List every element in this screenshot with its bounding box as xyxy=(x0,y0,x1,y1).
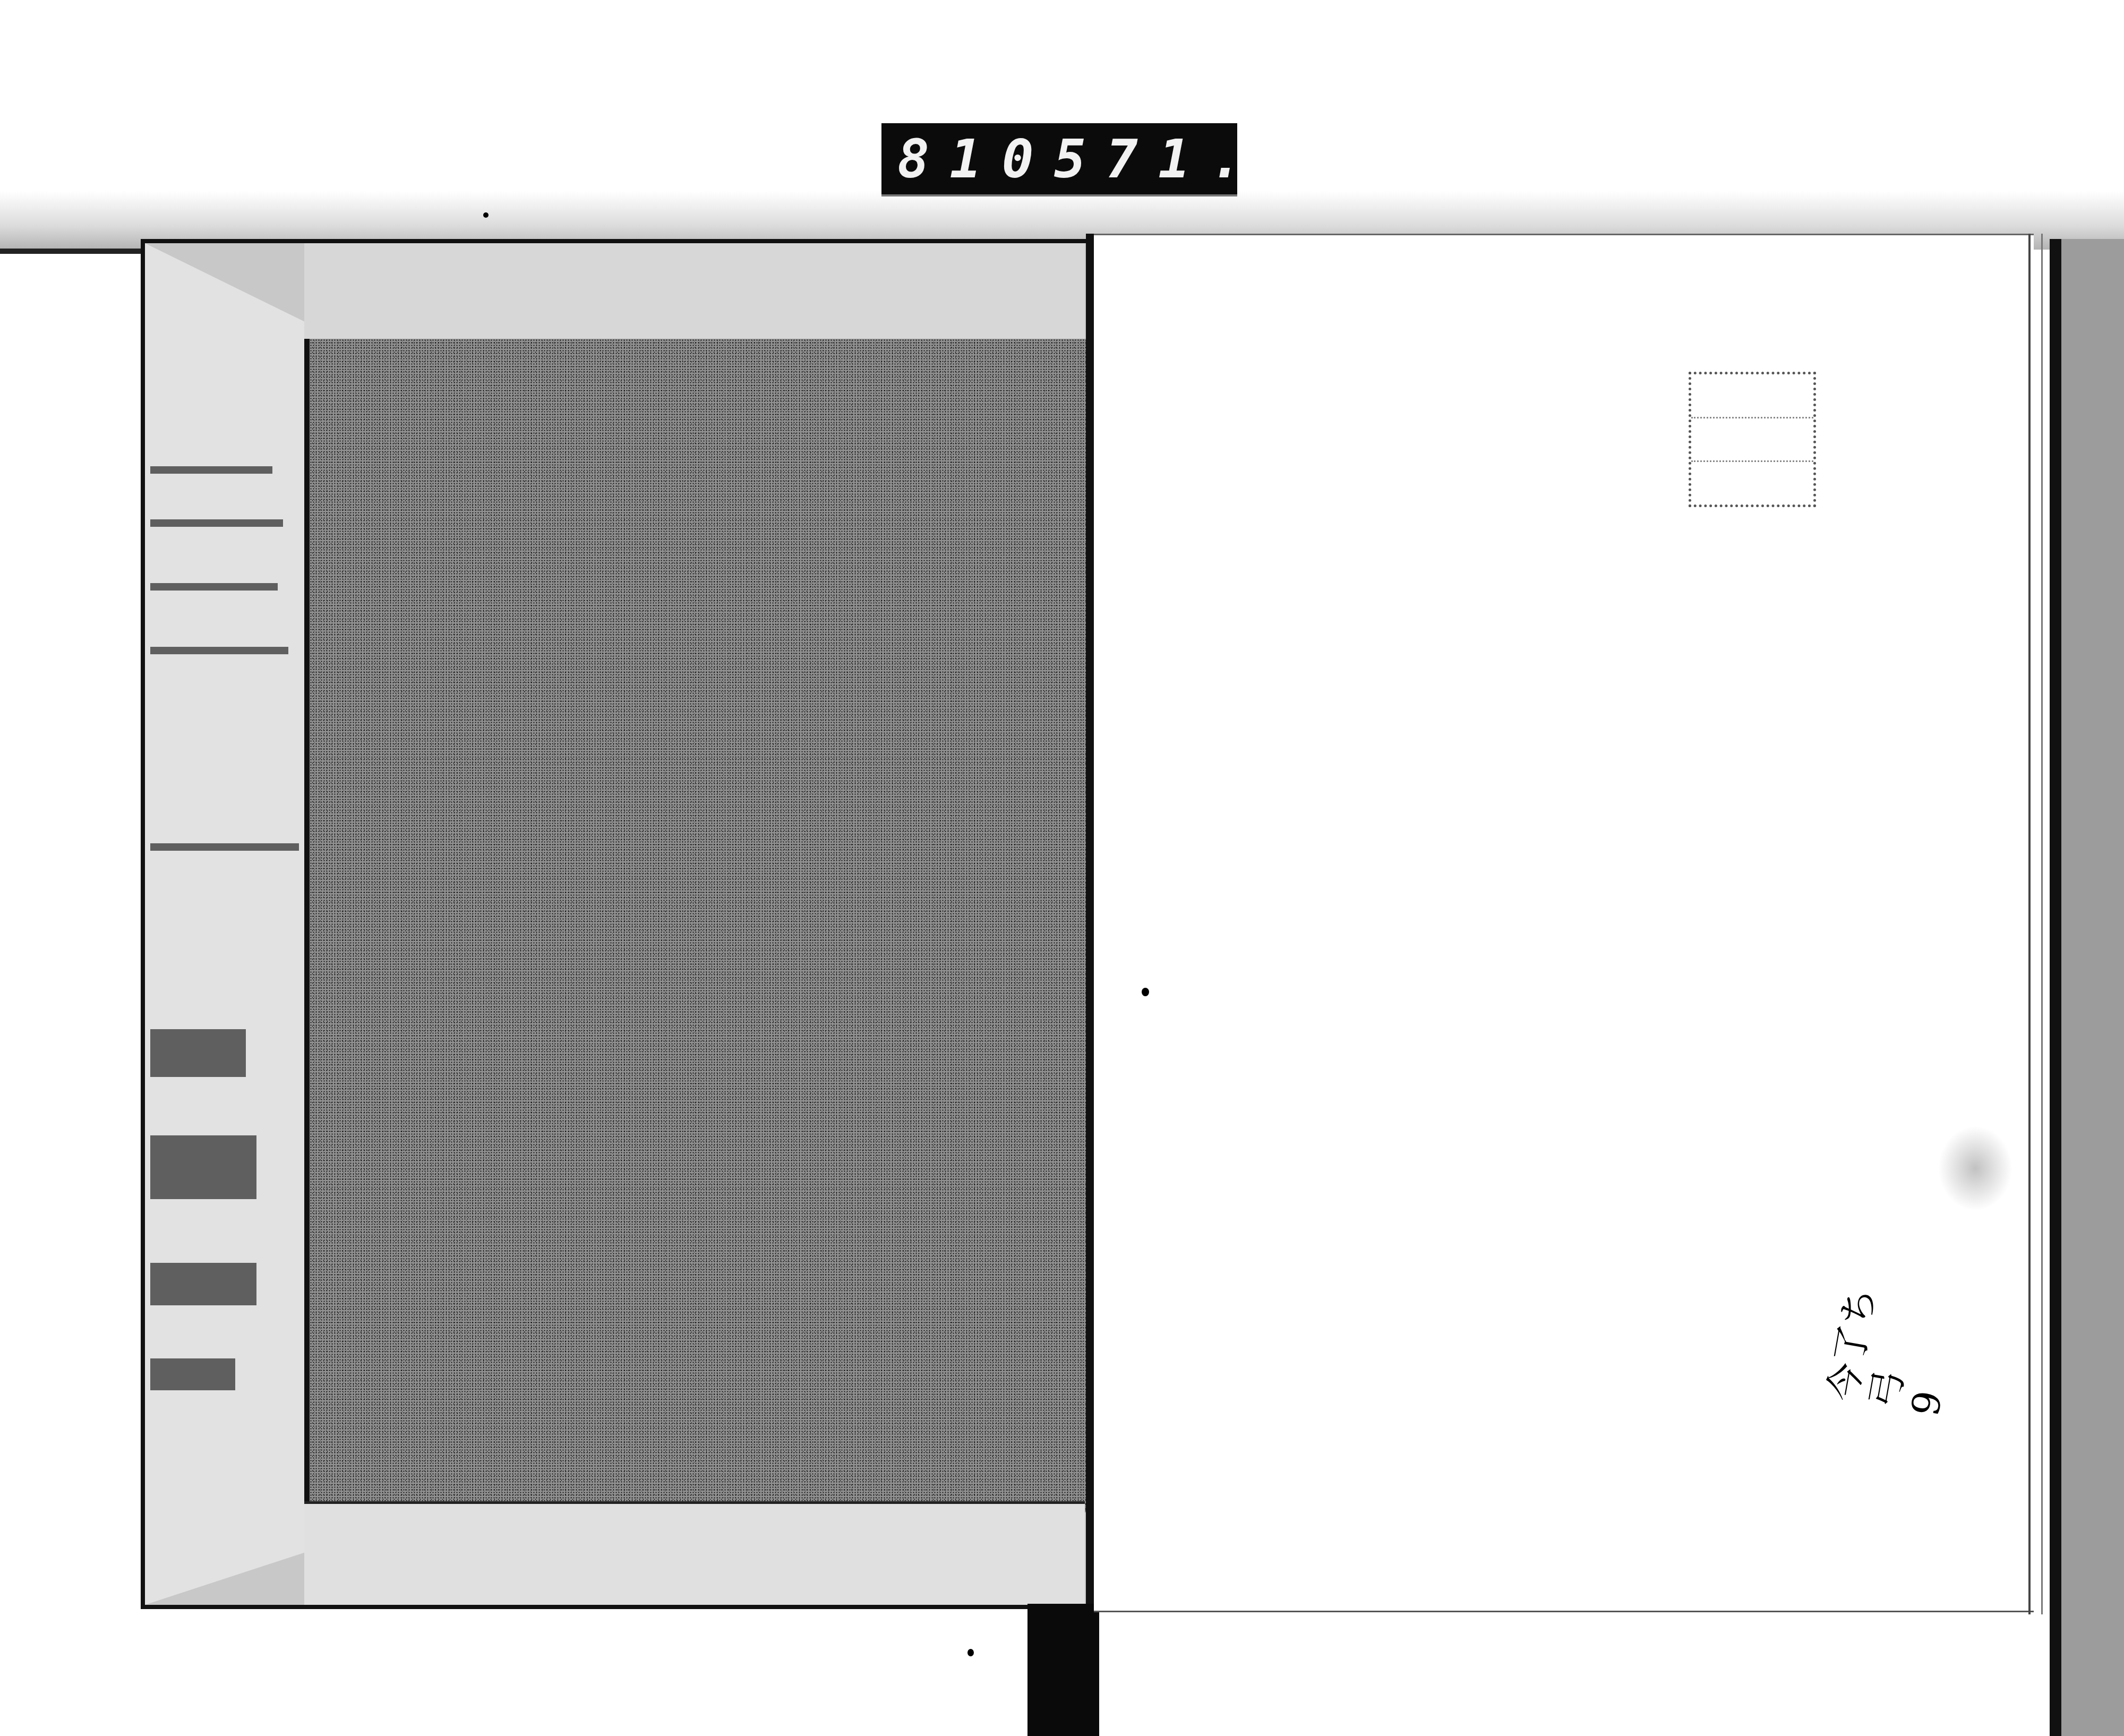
back-cover-edge xyxy=(2050,239,2124,1736)
flap-streak xyxy=(150,1135,256,1199)
stamp-row xyxy=(1691,418,1813,463)
stamp-row xyxy=(1691,374,1813,418)
cover-flap xyxy=(145,243,311,1605)
stamp-row xyxy=(1691,462,1813,504)
left-cover-panel xyxy=(141,239,1091,1609)
page-fore-edge xyxy=(2028,234,2043,1614)
mottled-paper xyxy=(304,339,1090,1512)
frame-counter: 810 571. xyxy=(881,123,1237,196)
flap-streak xyxy=(150,1263,256,1305)
flap-streak xyxy=(150,647,288,654)
frame-counter-right: 571. xyxy=(1054,128,1263,190)
flap-streak xyxy=(150,1358,235,1390)
frame-counter-left: 810 xyxy=(897,128,1054,190)
flap-streak xyxy=(150,466,272,474)
flap-streak xyxy=(150,1029,246,1077)
flap-streak xyxy=(150,843,299,851)
smudge-mark xyxy=(1938,1126,2012,1211)
scan-edge-line xyxy=(0,249,143,254)
stamp-box xyxy=(1689,372,1816,507)
ink-dot xyxy=(967,1649,974,1656)
spine-foot xyxy=(1027,1604,1099,1736)
cover-bottom-strip xyxy=(304,1501,1085,1605)
flap-streak xyxy=(150,519,283,527)
cover-top-strip xyxy=(304,243,1085,341)
ink-dot xyxy=(1142,988,1149,996)
flap-streak xyxy=(150,583,278,591)
ink-dot xyxy=(483,212,489,218)
handwritten-note: 今了ち 弓 9 xyxy=(1816,1284,1966,1450)
